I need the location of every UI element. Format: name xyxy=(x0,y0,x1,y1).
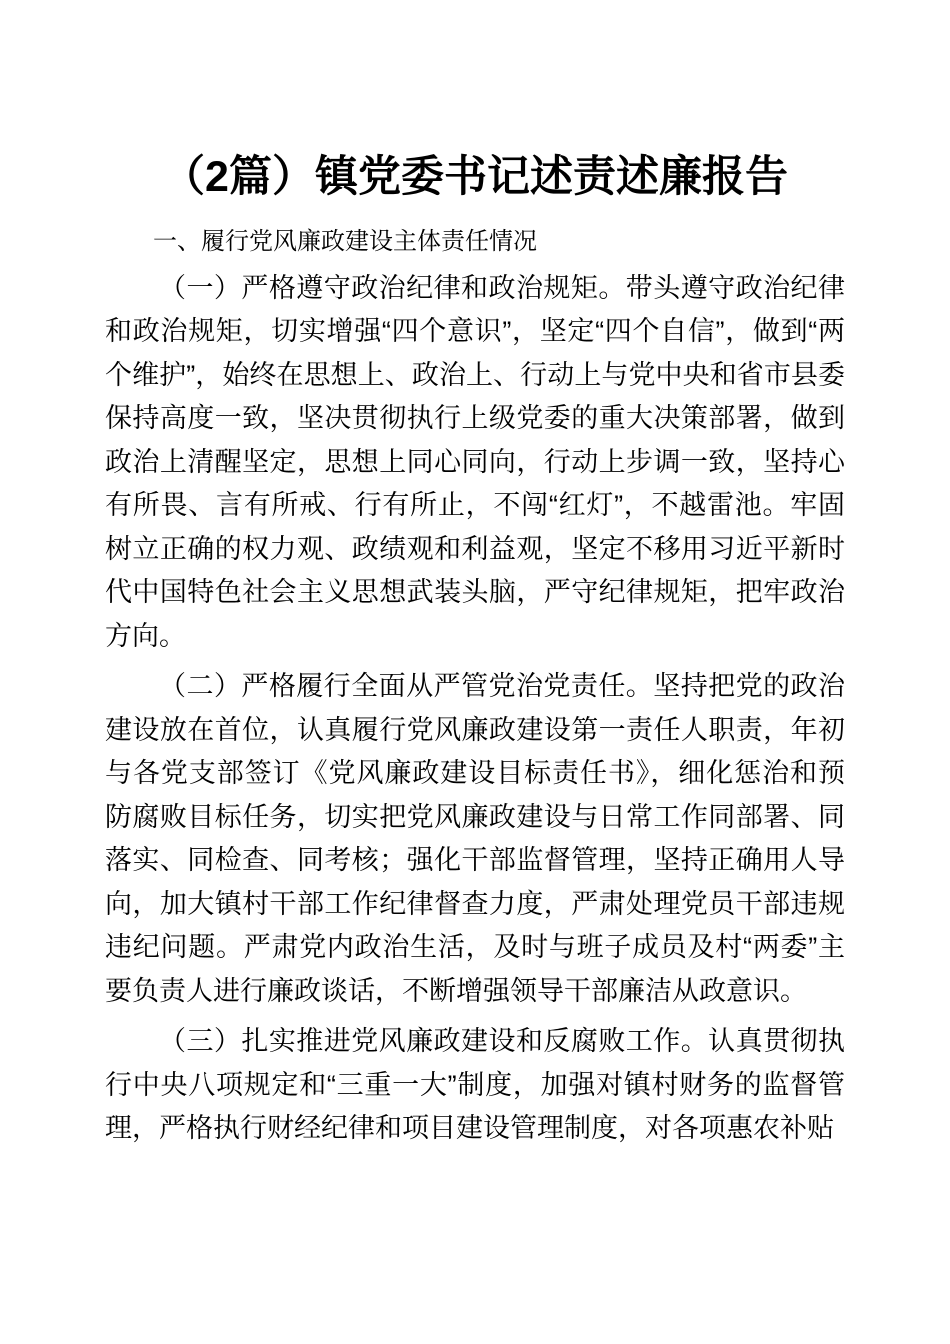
paragraph-1: （一）严格遵守政治纪律和政治规矩。带头遵守政治纪律和政治规矩，切实增强“四个意识… xyxy=(105,267,845,659)
document-title: （2篇）镇党委书记述责述廉报告 xyxy=(105,150,845,206)
paragraph-3: （三）扎实推进党风廉政建设和反腐败工作。认真贯彻执行中央八项规定和“三重一大”制… xyxy=(105,1020,845,1151)
document-page: （2篇）镇党委书记述责述廉报告 一、履行党风廉政建设主体责任情况 （一）严格遵守… xyxy=(0,0,950,1344)
section-heading: 一、履行党风廉政建设主体责任情况 xyxy=(105,224,845,260)
paragraph-2: （二）严格履行全面从严管党治党责任。坚持把党的政治建设放在首位，认真履行党风廉政… xyxy=(105,665,845,1013)
